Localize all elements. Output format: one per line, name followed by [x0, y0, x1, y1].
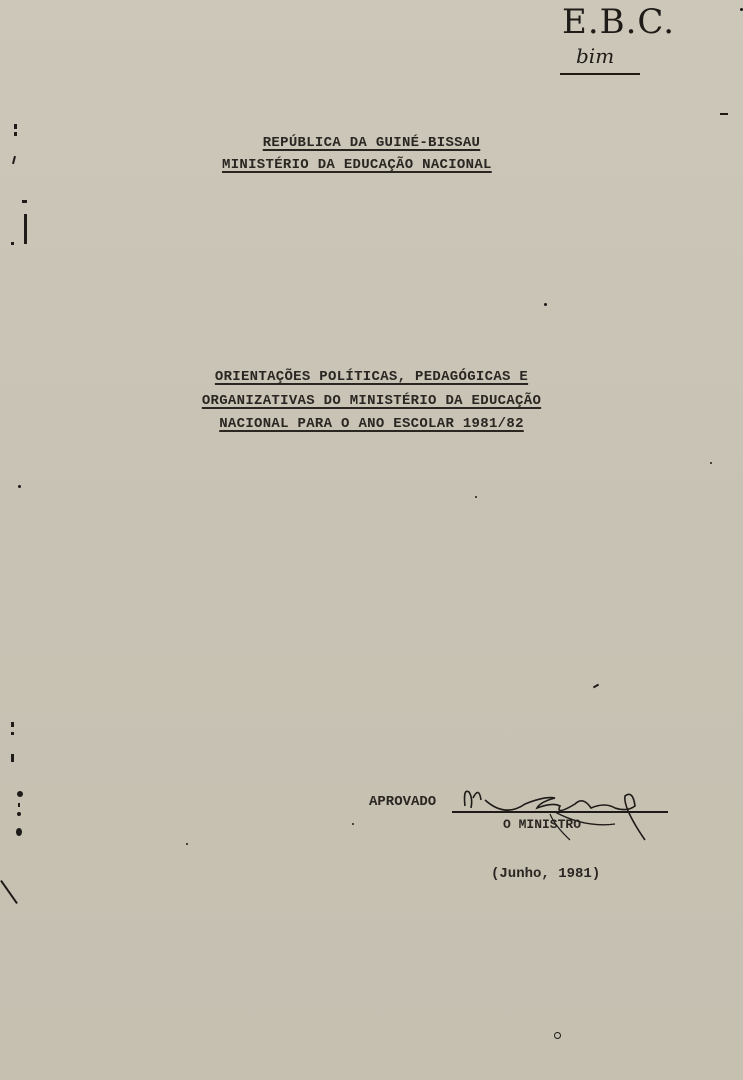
margin-mark: [22, 200, 27, 203]
speck: [544, 303, 547, 306]
speck: [352, 823, 354, 825]
speck: [18, 485, 21, 488]
document-title-line-2: ORGANIZATIVAS DO MINISTÉRIO DA EDUCAÇÃO: [0, 393, 743, 409]
margin-mark: [11, 754, 14, 762]
margin-mark: [0, 880, 18, 904]
margin-mark: [18, 803, 20, 807]
approval-date: (Junho, 1981): [491, 866, 600, 882]
handwritten-initials: bim: [576, 44, 614, 68]
approved-label: APROVADO: [369, 794, 436, 810]
speck: [710, 462, 712, 464]
margin-mark: [14, 124, 17, 129]
speck: [554, 1032, 561, 1039]
margin-mark: [720, 113, 728, 115]
margin-mark: [11, 722, 14, 727]
margin-mark: [17, 812, 21, 816]
margin-mark: [24, 214, 27, 244]
margin-mark: [17, 791, 23, 797]
speck: [593, 684, 599, 689]
document-title-line-3: NACIONAL PARA O ANO ESCOLAR 1981/82: [0, 416, 743, 432]
margin-mark: [12, 156, 16, 164]
header-republic: REPÚBLICA DA GUINÉ-BISSAU: [0, 135, 743, 151]
header-ministry: MINISTÉRIO DA EDUCAÇÃO NACIONAL: [222, 157, 522, 173]
document-page: E.B.C. bim REPÚBLICA DA GUINÉ-BISSAU MIN…: [0, 0, 743, 1080]
speck: [186, 843, 188, 845]
margin-mark: [11, 242, 14, 245]
handwritten-code: E.B.C.: [562, 2, 675, 42]
signatory-title: O MINISTRO: [503, 817, 581, 832]
signature-icon: [455, 778, 675, 848]
handwritten-underline: [560, 73, 640, 75]
margin-mark: [14, 132, 17, 136]
margin-mark: [11, 732, 14, 735]
margin-mark: [16, 828, 22, 836]
speck: [475, 496, 477, 498]
document-title-line-1: ORIENTAÇÕES POLÍTICAS, PEDAGÓGICAS E: [0, 369, 743, 385]
